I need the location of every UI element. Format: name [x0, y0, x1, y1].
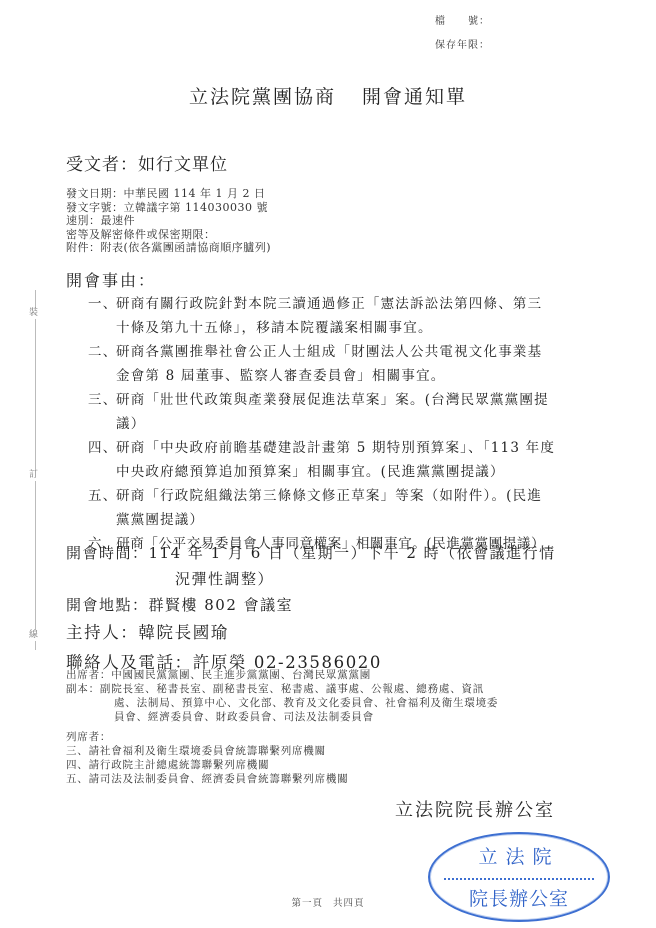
title-doc-type: 開會通知單: [362, 86, 467, 108]
retention-label: 保存年限：: [435, 40, 490, 51]
seal-divider: [444, 878, 594, 880]
cc-text: 員會、經濟委員會、財政委員會、司法及法制委員會: [66, 710, 586, 724]
reason-line: 研商「壯世代政策與產業發展促進法草案」案。(台灣民眾黨黨團提: [116, 388, 608, 412]
observer-item: 三、請社會福利及衛生環境委員會統籌聯繫列席機關: [66, 744, 586, 758]
file-number-label: 檔 號：: [435, 16, 490, 27]
reason-line: 金會第 8 屆董事、監察人審查委員會」相關事宜。: [116, 364, 608, 388]
meeting-time: 開會時間：114 年 1 月 6 日（星期一）下午 2 時（依會議進行情: [66, 540, 596, 566]
retention-period: 保存年限：: [435, 36, 490, 51]
meeting-time-cont: 況彈性調整）: [66, 566, 596, 592]
attendees: 出席者：中國國民黨黨團、民主進步黨黨團、台灣民眾黨黨團: [66, 668, 586, 682]
reason-item-5: 五、 研商「行政院組織法第三條條文修正草案」等案（如附件）。(民進 黨黨團提議）: [88, 484, 608, 532]
cc-text: 副院長室、秘書長室、副秘書長室、秘書處、議事處、公報處、總務處、資訊: [100, 683, 484, 695]
meeting-info: 開會時間：114 年 1 月 6 日（星期一）下午 2 時（依會議進行情 況彈性…: [66, 540, 596, 678]
distribution: 出席者：中國國民黨黨團、民主進步黨黨團、台灣民眾黨黨團 副本：副院長室、秘書長室…: [66, 668, 586, 786]
file-number: 檔 號：: [435, 12, 490, 27]
reason-line: 中央政府總預算追加預算案」相關事宜。(民進黨黨團提議）: [116, 460, 608, 484]
meeting-host: 主持人：韓院長國瑜: [66, 618, 596, 648]
binding-char-xian: 線: [29, 630, 38, 641]
page-total: 共四頁: [333, 898, 365, 909]
reason-line: 研商「行政院組織法第三條條文修正草案」等案（如附件）。(民進: [116, 484, 608, 508]
page-number: 第一頁: [291, 898, 323, 909]
attachment: 附件：附表(依各黨團函請協商順序臚列): [66, 241, 271, 255]
reason-number: 二、: [88, 340, 117, 364]
reason-number: 五、: [88, 484, 117, 508]
title-org: 立法院黨團協商: [189, 86, 336, 108]
reason-number: 一、: [88, 292, 117, 316]
reason-number: 四、: [88, 436, 117, 460]
send-info: 發文日期：中華民國 114 年 1 月 2 日 發文字號：立韓議字第 11403…: [66, 187, 271, 255]
security-level: 密等及解密條件或保密期限：: [66, 228, 271, 242]
binding-char-zhuang: 裝: [29, 308, 38, 319]
recipient: 受文者：如行文單位: [66, 150, 228, 175]
reason-line: 研商有關行政院針對本院三讀通過修正「憲法訴訟法第四條、第三: [116, 292, 608, 316]
reason-line: 十條及第九十五條」，移請本院覆議案相關事宜。: [116, 316, 608, 340]
send-date: 發文日期：中華民國 114 年 1 月 2 日: [66, 187, 271, 201]
cc-text: 處、法制局、預算中心、文化部、教育及文化委員會、社會福利及衛生環境委: [66, 696, 586, 710]
meeting-time-label: 開會時間：: [66, 544, 149, 562]
page-title: 立法院黨團協商開會通知單: [0, 82, 656, 109]
meeting-time-value: 114 年 1 月 6 日（星期一）下午 2 時（依會議進行情: [149, 544, 556, 562]
observer-item: 五、請司法及法制委員會、經濟委員會統籌聯繫列席機關: [66, 772, 586, 786]
doc-number: 發文字號：立韓議字第 114030030 號: [66, 201, 271, 215]
cc-label: 副本：: [66, 683, 100, 695]
reason-item-4: 四、 研商「中央政府前瞻基礎建設計畫第 5 期特別預算案」、「113 年度 中央…: [88, 436, 608, 484]
issuing-office: 立法院院長辦公室: [395, 796, 555, 822]
observers-label: 列席者：: [66, 730, 586, 744]
reasons-list: 一、 研商有關行政院針對本院三讀通過修正「憲法訴訟法第四條、第三 十條及第九十五…: [88, 292, 608, 556]
delivery-speed: 速別：最速件: [66, 214, 271, 228]
cc-line: 副本：副院長室、秘書長室、副秘書長室、秘書處、議事處、公報處、總務處、資訊: [66, 682, 586, 696]
meeting-place: 開會地點：群賢樓 802 會議室: [66, 592, 596, 618]
reason-line: 議）: [116, 412, 608, 436]
reasons-heading: 開會事由：: [66, 268, 156, 291]
seal-top-text: 立法院: [430, 842, 608, 869]
reason-line: 研商「中央政府前瞻基礎建設計畫第 5 期特別預算案」、「113 年度: [116, 436, 608, 460]
reason-item-1: 一、 研商有關行政院針對本院三讀通過修正「憲法訴訟法第四條、第三 十條及第九十五…: [88, 292, 608, 340]
reason-line: 黨黨團提議）: [116, 508, 608, 532]
page-footer: 第一頁共四頁: [0, 895, 656, 909]
reason-number: 三、: [88, 388, 117, 412]
reason-item-2: 二、 研商各黨團推舉社會公正人士組成「財團法人公共電視文化事業基 金會第 8 屆…: [88, 340, 608, 388]
reason-line: 研商各黨團推舉社會公正人士組成「財團法人公共電視文化事業基: [116, 340, 608, 364]
reason-item-3: 三、 研商「壯世代政策與產業發展促進法草案」案。(台灣民眾黨黨團提 議）: [88, 388, 608, 436]
observer-item: 四、請行政院主計總處統籌聯繫列席機關: [66, 758, 586, 772]
binding-char-ding: 訂: [29, 470, 38, 481]
